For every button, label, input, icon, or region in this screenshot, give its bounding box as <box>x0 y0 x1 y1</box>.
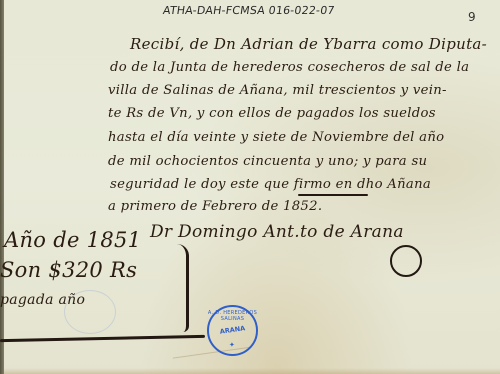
receipt-line-1: Recibí, de Dn Adrian de Ybarra como Dipu… <box>130 35 487 53</box>
signature-rubric-icon <box>390 245 422 277</box>
page-stain <box>4 368 500 374</box>
folio-number: 9 <box>468 10 476 24</box>
stamp-ring-text: A. D. HEREDEROS SALINAS <box>207 310 258 322</box>
star-icon: ✦ <box>229 341 235 349</box>
amount-underline <box>298 194 368 196</box>
receipt-line-2: do de la Junta de herederos cosecheros d… <box>110 60 469 75</box>
receipt-line-3: villa de Salinas de Añana, mil trescient… <box>108 83 447 98</box>
archive-reference: ATHA-DAH-FCMSA 016-022-07 <box>162 4 335 17</box>
margin-note-amount: Son $320 Rs <box>0 258 137 282</box>
receipt-line-8: a primero de Febrero de 1852. <box>108 199 322 214</box>
signature: Dr Domingo Ant.to de Arana <box>150 222 404 242</box>
receipt-line-7: seguridad le doy este que firmo en dho A… <box>110 177 431 192</box>
margin-note-paid: pagada año <box>0 292 85 308</box>
archive-stamp: A. D. HEREDEROS SALINAS ARANA ✦ <box>207 305 258 356</box>
margin-note-year: Año de 1851 <box>4 228 141 252</box>
margin-bracket <box>172 244 189 332</box>
receipt-line-6: de mil ochocientos cincuenta y uno; y pa… <box>108 154 427 169</box>
receipt-line-5: hasta el día veinte y siete de Noviembre… <box>108 130 444 145</box>
receipt-line-4: te Rs de Vn, y con ellos de pagados los … <box>108 106 436 121</box>
stamp-center-text: ARANA <box>209 323 257 337</box>
